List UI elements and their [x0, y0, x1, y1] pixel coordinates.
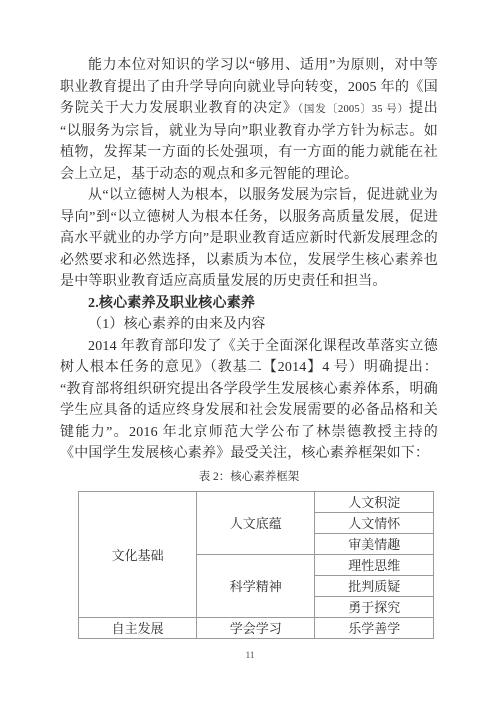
cell-item: 勇于探究	[315, 596, 434, 617]
cell-item: 人文积淀	[315, 491, 434, 512]
cell-item: 乐学善学	[315, 617, 434, 638]
page-number: 11	[0, 650, 500, 660]
paragraph-core-competency-origin: 2014 年教育部印发了《关于全面深化课程改革落实立德树人根本任务的意见》（教基…	[60, 336, 438, 465]
table-row: 自主发展 学会学习 乐学善学	[79, 617, 434, 638]
cell-item: 理性思维	[315, 554, 434, 575]
cell-domain-autonomy: 自主发展	[79, 617, 197, 638]
table-row: 文化基础 人文底蕴 人文积淀	[79, 491, 434, 512]
cell-domain-culture: 文化基础	[79, 491, 197, 617]
section-heading: 2.核心素养及职业核心素养	[60, 293, 438, 315]
document-page: 能力本位对知识的学习以“够用、适用”为原则，对中等职业教育提出了由升学导向向就业…	[0, 0, 500, 707]
cell-category-learning: 学会学习	[197, 617, 315, 638]
subsection-heading: （1）核心素养的由来及内容	[60, 314, 438, 336]
cell-category-humanities: 人文底蕴	[197, 491, 315, 554]
paragraph-lideshuren: 从“以立德树人为根本，以服务发展为宗旨，促进就业为导向”到“以立德树人为根本任务…	[60, 185, 438, 293]
cell-item: 批判质疑	[315, 575, 434, 596]
cell-item: 人文情怀	[315, 512, 434, 533]
cell-category-science: 科学精神	[197, 554, 315, 617]
paragraph-ability-based: 能力本位对知识的学习以“够用、适用”为原则，对中等职业教育提出了由升学导向向就业…	[60, 55, 438, 185]
page-content: 能力本位对知识的学习以“够用、适用”为原则，对中等职业教育提出了由升学导向向就业…	[60, 55, 438, 639]
core-competency-table: 文化基础 人文底蕴 人文积淀 人文情怀 审美情趣 科学精神 理性思维 批判质疑	[78, 491, 434, 639]
cell-item: 审美情趣	[315, 533, 434, 554]
citation-document-number: （国发〔2005〕35 号）	[298, 104, 409, 115]
table-caption: 表 2：核心素养框架	[60, 469, 438, 486]
